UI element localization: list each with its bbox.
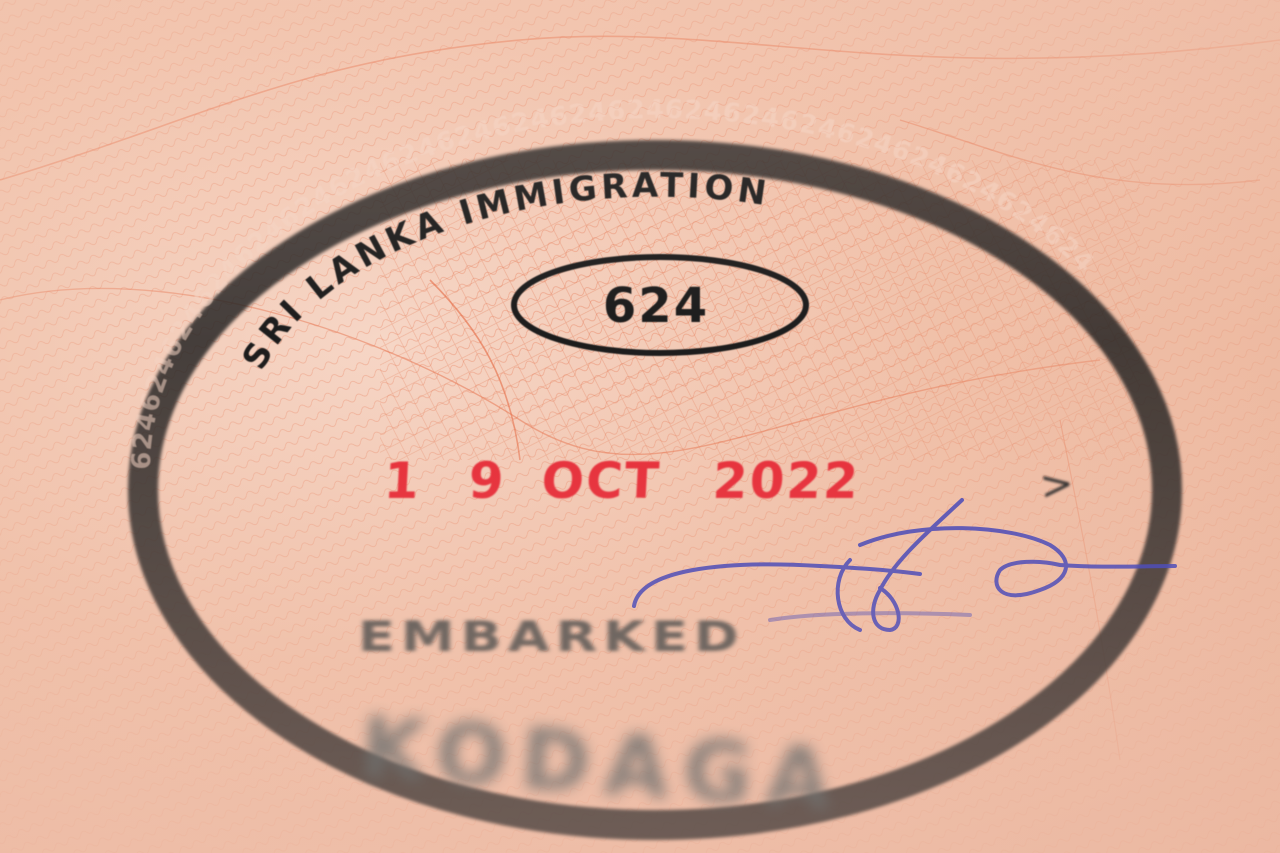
date-day-digit-1: 1 xyxy=(382,452,422,510)
stamp-date: 19OCT2022 xyxy=(382,452,861,510)
officer-number: 624 xyxy=(603,278,709,334)
arrow-icon: > xyxy=(1038,460,1076,509)
status-embarked: EMBARKED xyxy=(358,612,745,661)
date-year: 2022 xyxy=(711,452,861,510)
officer-number-badge: 624 xyxy=(514,257,806,353)
date-month: OCT xyxy=(540,452,662,510)
signature xyxy=(634,500,1175,630)
date-day-digit-2: 9 xyxy=(467,452,507,510)
